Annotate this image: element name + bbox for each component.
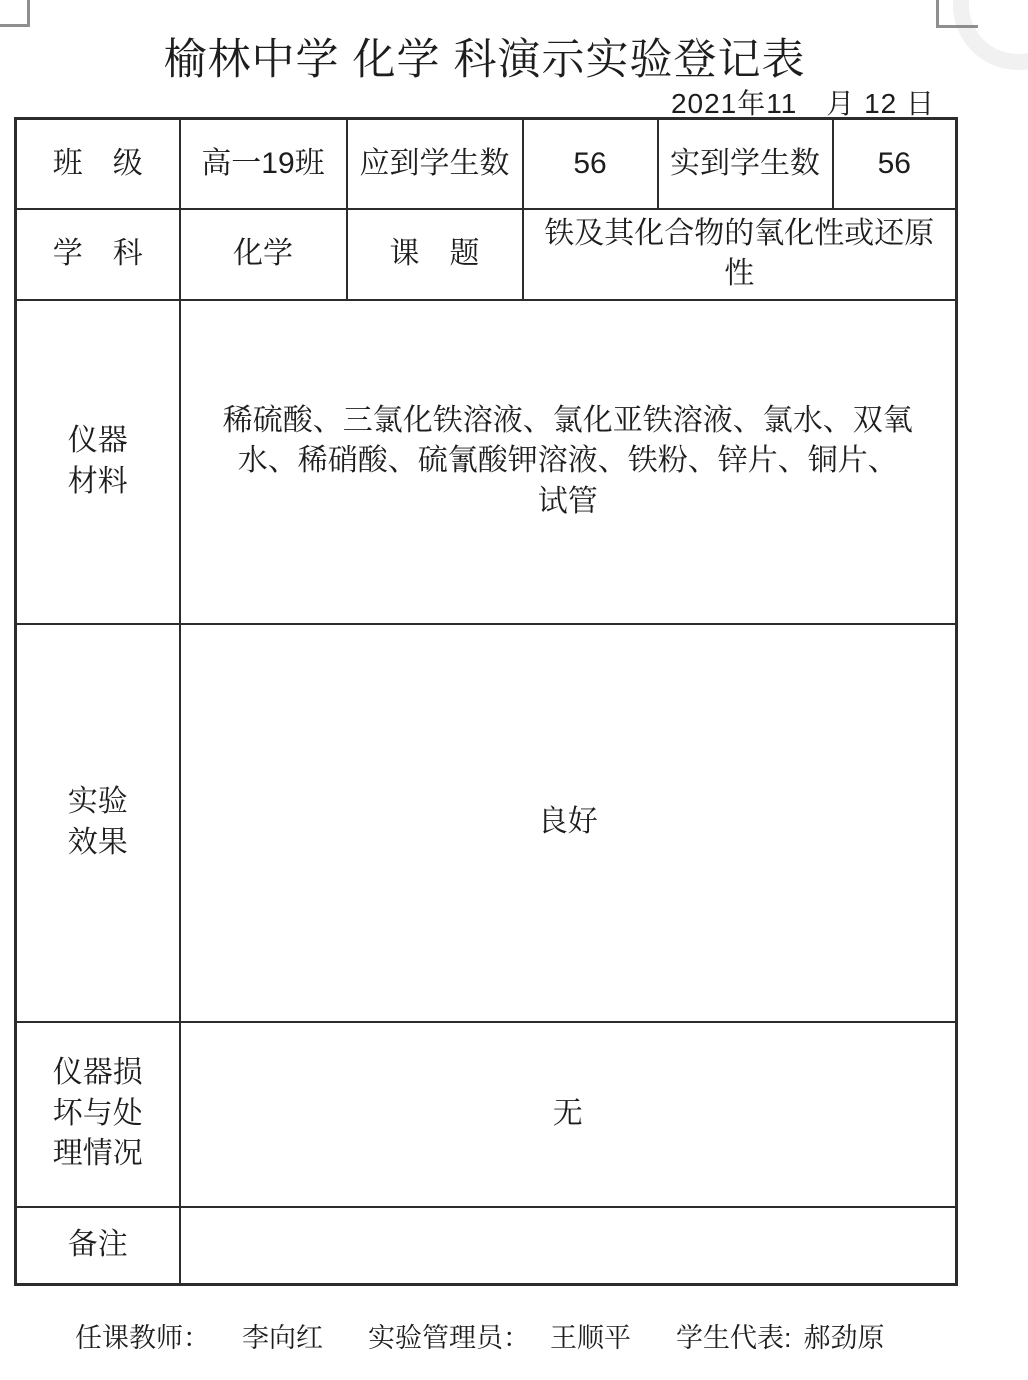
student-signature-group: 学生代表: 郝劲原 (676, 1316, 885, 1355)
subject-label-cell: 学 科 (16, 209, 180, 300)
teacher-signature-group: 任课教师： 李向红 (75, 1316, 323, 1355)
page-corner-shade (953, 0, 1028, 70)
materials-label-cell: 仪器 材料 (16, 300, 180, 624)
table-row-materials: 仪器 材料 稀硫酸、三氯化铁溶液、氯化亚铁溶液、氯水、双氧 水、稀硝酸、硫氰酸钾… (16, 300, 957, 624)
crop-mark-left-icon (0, 0, 30, 27)
topic-label-cell: 课 题 (347, 209, 523, 300)
table-row-effect: 实验 效果 良好 (16, 624, 957, 1022)
expected-students-value-cell: 56 (523, 119, 658, 209)
materials-value-cell: 稀硫酸、三氯化铁溶液、氯化亚铁溶液、氯水、双氧 水、稀硝酸、硫氰酸钾溶液、铁粉、… (180, 300, 957, 624)
table-row-remarks: 备注 (16, 1207, 957, 1285)
class-value-cell: 高一19班 (180, 119, 347, 209)
student-name: 郝劲原 (804, 1316, 885, 1355)
subject-value-cell: 化学 (180, 209, 347, 300)
table-row-class: 班 级 高一19班 应到学生数 56 实到学生数 56 (16, 119, 957, 209)
manager-name: 王顺平 (550, 1316, 631, 1355)
date-line: 2021年11 月 12 日 (14, 82, 955, 122)
effect-label-cell: 实验 效果 (16, 624, 180, 1022)
actual-students-label-cell: 实到学生数 (658, 119, 833, 209)
topic-value-cell: 铁及其化合物的氧化性或还原 性 (523, 209, 957, 300)
teacher-name: 李向红 (242, 1316, 323, 1355)
table-row-subject: 学 科 化学 课 题 铁及其化合物的氧化性或还原 性 (16, 209, 957, 300)
manager-label: 实验管理员： (368, 1316, 530, 1355)
expected-students-label-cell: 应到学生数 (347, 119, 523, 209)
signature-line: 任课教师： 李向红 实验管理员： 王顺平 学生代表: 郝劲原 (75, 1316, 885, 1355)
remarks-value-cell (180, 1207, 957, 1285)
actual-students-value-cell: 56 (833, 119, 957, 209)
manager-signature-group: 实验管理员： 王顺平 (368, 1316, 631, 1355)
class-label-cell: 班 级 (16, 119, 180, 209)
damage-value-cell: 无 (180, 1022, 957, 1207)
scanned-form-page: 榆林中学 化学 科演示实验登记表 2021年11 月 12 日 班 级 高一19… (0, 0, 1028, 1380)
damage-label-cell: 仪器损 坏与处 理情况 (16, 1022, 180, 1207)
remarks-label-cell: 备注 (16, 1207, 180, 1285)
page-title: 榆林中学 化学 科演示实验登记表 (14, 26, 955, 87)
student-label: 学生代表: (676, 1316, 792, 1355)
experiment-registration-table: 班 级 高一19班 应到学生数 56 实到学生数 56 学 科 化学 课 题 铁… (14, 117, 958, 1286)
effect-value-cell: 良好 (180, 624, 957, 1022)
teacher-label: 任课教师： (75, 1316, 210, 1355)
table-row-damage: 仪器损 坏与处 理情况 无 (16, 1022, 957, 1207)
